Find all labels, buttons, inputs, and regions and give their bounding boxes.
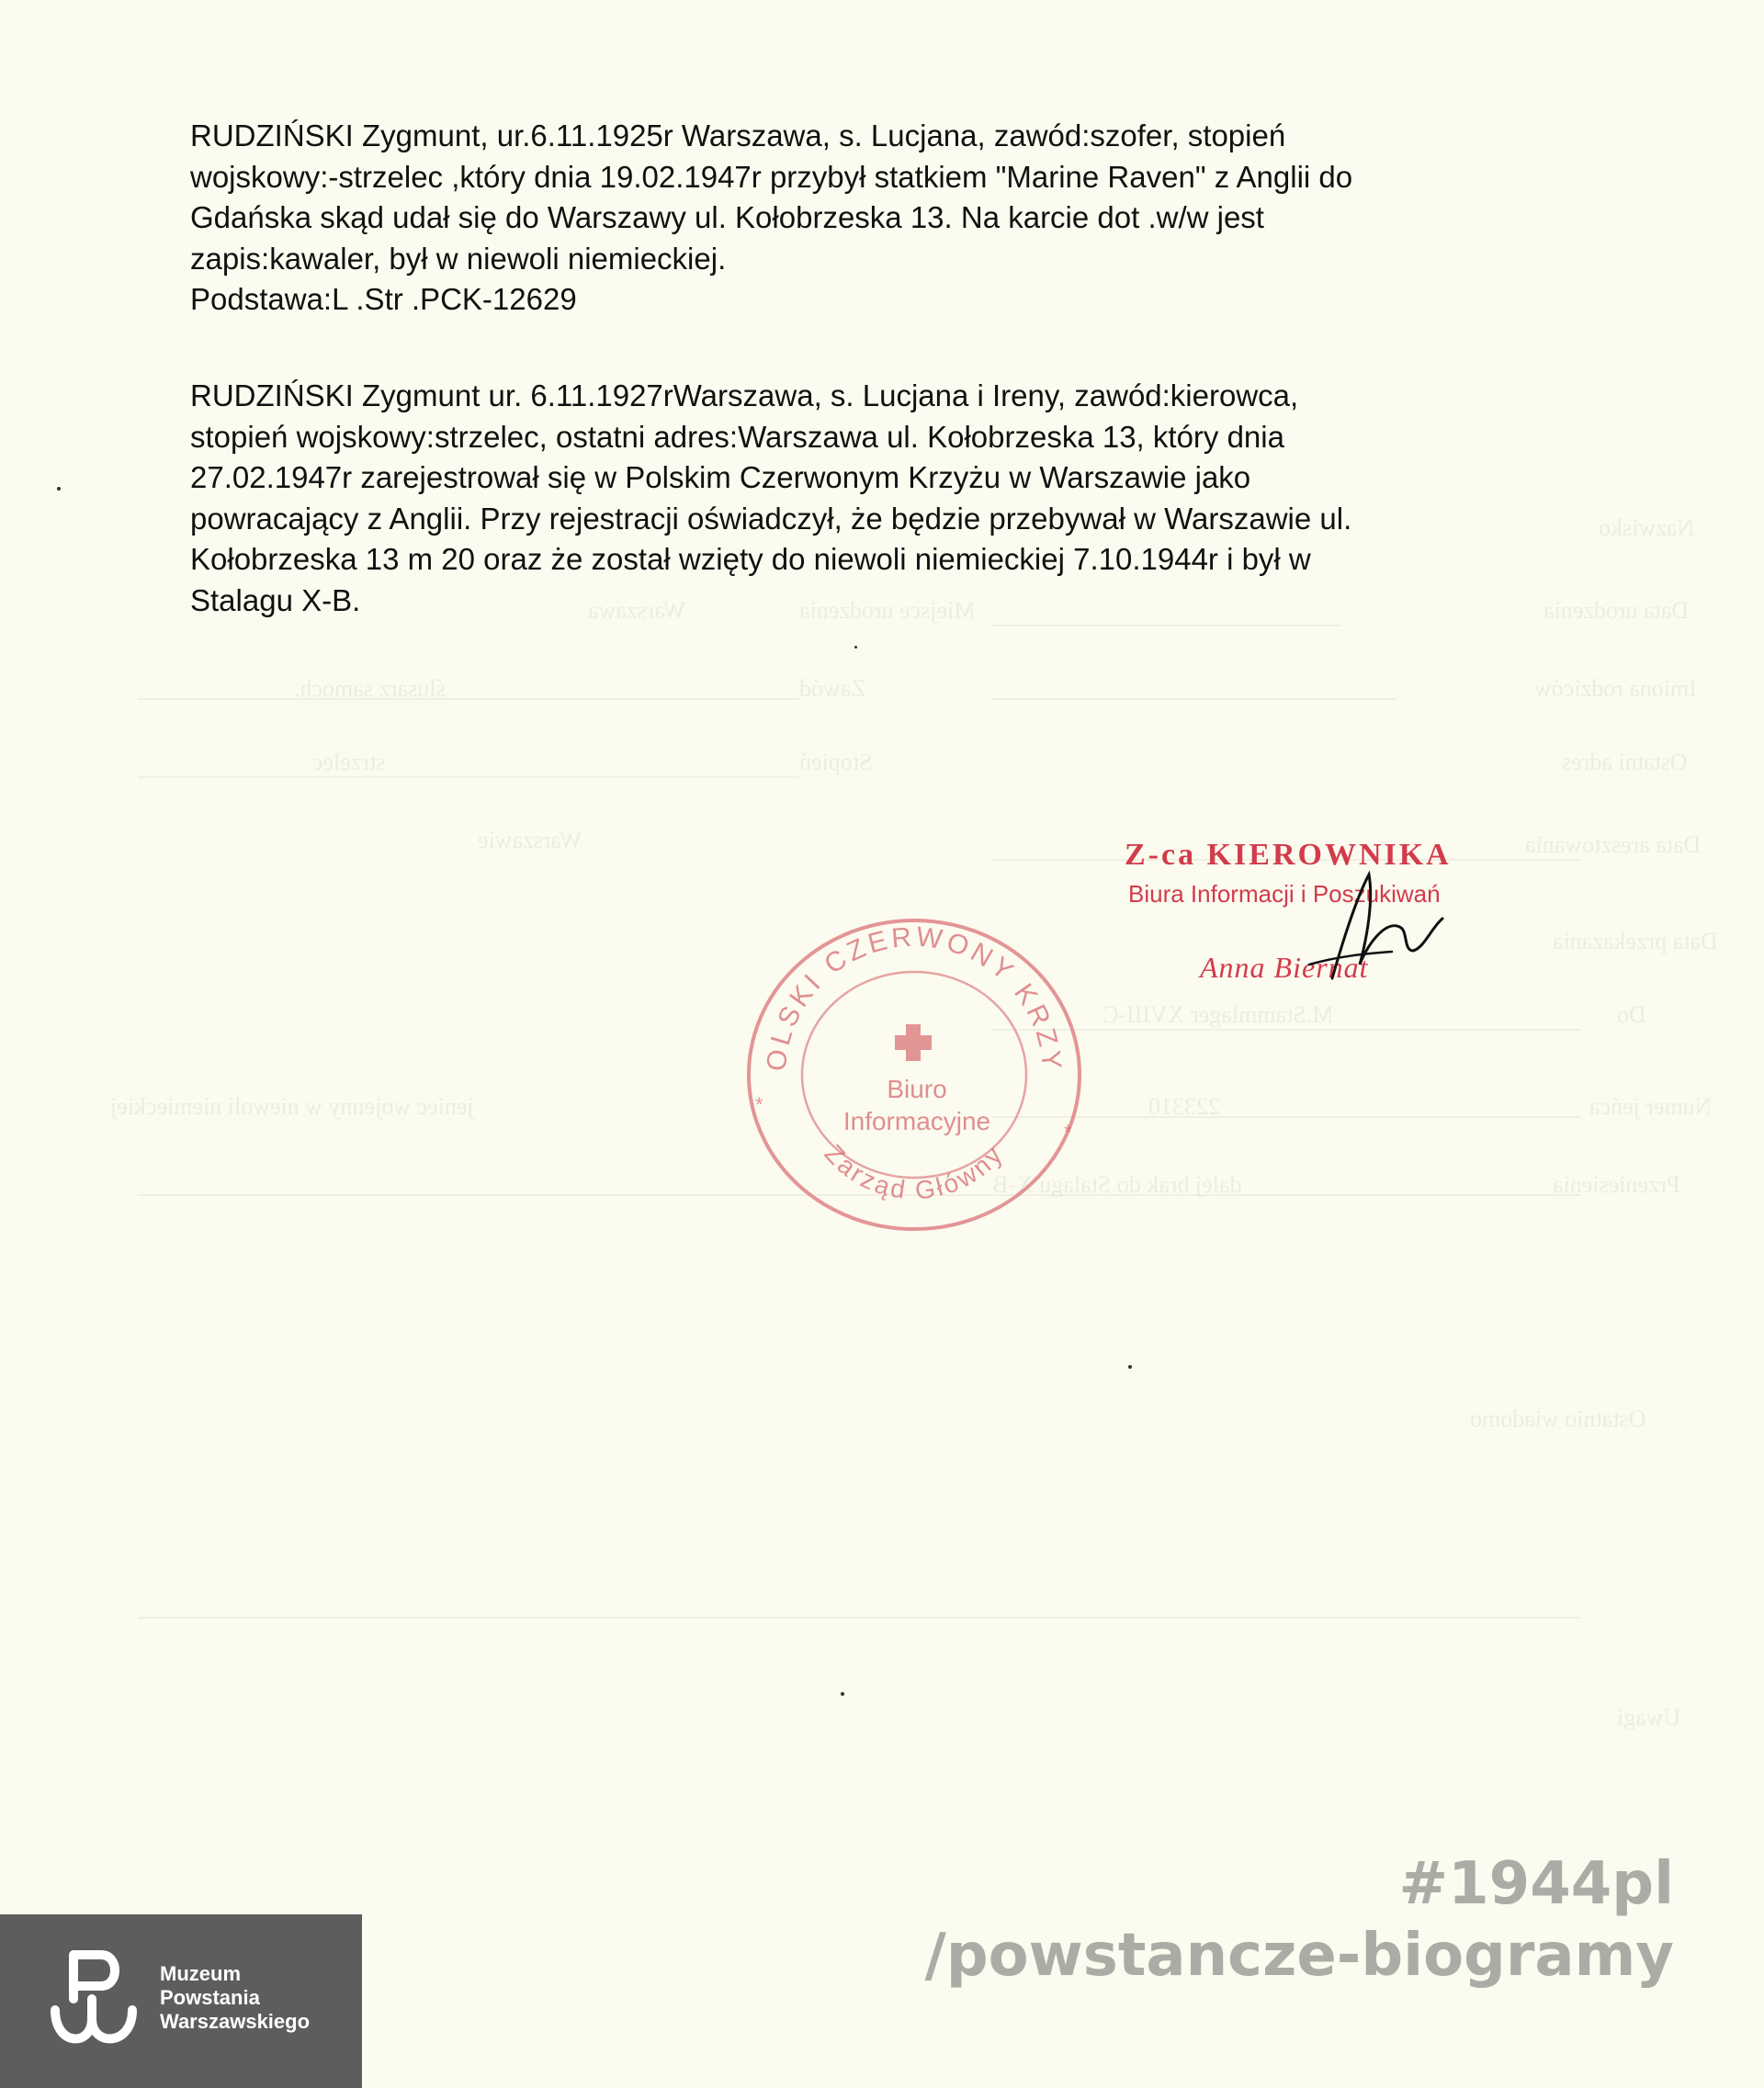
ghost-value: M.Stammlager XVIII-C: [1102, 1001, 1333, 1029]
svg-text:Informacyjne: Informacyjne: [843, 1107, 990, 1135]
ghost-label: Ostatni adres: [1562, 749, 1687, 776]
svg-text:*: *: [755, 1093, 763, 1116]
text-line: Gdańska skąd udał się do Warszawy ul. Ko…: [190, 198, 1605, 239]
ghost-label: Data aresztowania: [1525, 831, 1701, 859]
text-line: Kołobrzeska 13 m 20 oraz że został wzięt…: [190, 539, 1605, 581]
text-line: powracający z Anglii. Przy rejestracji o…: [190, 499, 1605, 540]
ghost-label: Data przekazania: [1553, 928, 1718, 955]
museum-name: Muzeum Powstania Warszawskiego: [160, 1962, 310, 2034]
hashtag-text: #1944pl: [924, 1848, 1674, 1920]
text-line: zapis:kawaler, był w niewoli niemieckiej…: [190, 239, 1605, 280]
red-cross-stamp: POLSKI CZERWONY KRZYŻ Zarząd Główny Biur…: [735, 905, 1093, 1236]
ghost-label: Numer jeńca: [1589, 1093, 1713, 1121]
text-line: RUDZIŃSKI Zygmunt, ur.6.11.1925r Warszaw…: [190, 116, 1605, 157]
handwritten-signature: [1305, 863, 1488, 992]
ghost-label: Ostatnio wiadomo: [1470, 1405, 1645, 1433]
ghost-label: Uwagi: [1617, 1704, 1680, 1732]
text-line: stopień wojskowy:strzelec, ostatni adres…: [190, 417, 1605, 458]
path-text: /powstancze-biogramy: [924, 1920, 1674, 1992]
campaign-watermark: #1944pl /powstancze-biogramy: [924, 1848, 1674, 1992]
ghost-label: Imiona rodziców: [1534, 675, 1697, 703]
ghost-label: Do: [1617, 1001, 1646, 1029]
text-line: Stalagu X-B.: [190, 581, 1605, 622]
museum-branding: Muzeum Powstania Warszawskiego: [0, 1914, 362, 2088]
text-line: RUDZIŃSKI Zygmunt ur. 6.11.1927rWarszawa…: [190, 376, 1605, 417]
ghost-label: Nazwisko: [1599, 514, 1694, 542]
record-paragraph-1: RUDZIŃSKI Zygmunt, ur.6.11.1925r Warszaw…: [190, 116, 1605, 321]
ghost-value: Warszawie: [478, 827, 582, 854]
svg-text:Biuro: Biuro: [887, 1075, 946, 1103]
svg-text:*: *: [1064, 1121, 1072, 1144]
text-line: 27.02.1947r zarejestrował się w Polskim …: [190, 457, 1605, 499]
ghost-value: strzelec: [312, 749, 385, 776]
ghost-value: Zawód: [799, 675, 865, 703]
text-line: Podstawa:L .Str .PCK-12629: [190, 279, 1605, 321]
museum-logo-icon: [48, 1946, 149, 2056]
svg-text:Zarząd Główny: Zarząd Główny: [820, 1139, 1010, 1204]
text-line: wojskowy:-strzelec ,który dnia 19.02.194…: [190, 157, 1605, 198]
ghost-value: Stopień: [799, 749, 872, 776]
record-paragraph-2: RUDZIŃSKI Zygmunt ur. 6.11.1927rWarszawa…: [190, 376, 1605, 621]
ghost-value: jeniec wojenny w niewoli niemieckiej: [110, 1093, 474, 1121]
